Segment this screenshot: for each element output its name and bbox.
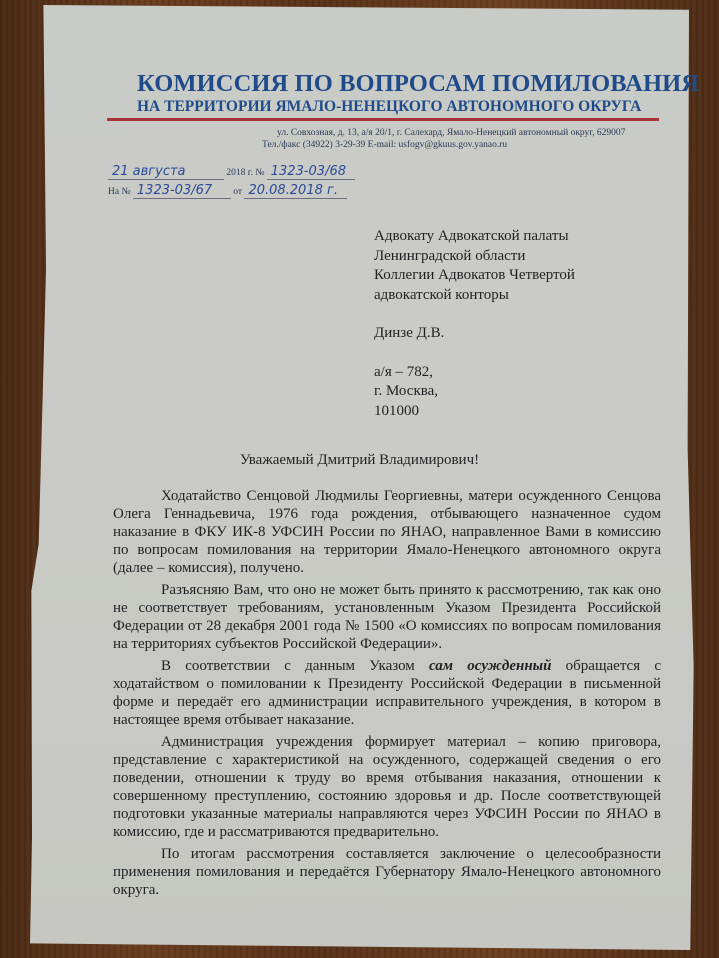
recipient-name: Динзе Д.В. — [374, 324, 575, 344]
recipient-line: Адвокату Адвокатской палаты — [374, 227, 575, 247]
recipient-block: Адвокату Адвокатской палаты Ленинградско… — [374, 227, 575, 421]
number-label: г. № — [248, 168, 265, 178]
paragraph-3: В соответствии с данным Указом сам осужд… — [113, 657, 661, 729]
reference-registration: На № 1323-03/67 от 20.08.2018 г. — [108, 183, 347, 199]
recipient-address-line: г. Москва, — [374, 382, 575, 402]
letterhead-address: ул. Совхозная, д. 13, а/я 20/1, г. Салех… — [277, 128, 625, 138]
letter: КОМИССИЯ ПО ВОПРОСАМ ПОМИЛОВАНИЯ НА ТЕРР… — [0, 0, 719, 958]
letterhead-subtitle: НА ТЕРРИТОРИИ ЯМАЛО-НЕНЕЦКОГО АВТОНОМНОГ… — [137, 98, 641, 116]
recipient-line: Ленинградской области — [374, 247, 575, 267]
letterhead-rule — [107, 118, 659, 121]
outgoing-registration: 21 августа 2018 г. № 1323-03/68 — [108, 164, 355, 180]
paragraph-4: Администрация учреждения формирует матер… — [113, 733, 661, 841]
recipient-line: Коллегии Адвокатов Четвертой — [374, 266, 575, 286]
paragraph-5: По итогам рассмотрения составляется закл… — [113, 845, 661, 899]
emphasis-text: сам осужденный — [429, 658, 551, 674]
recipient-address-line: 101000 — [374, 402, 575, 422]
ref-prefix: На № — [108, 187, 131, 197]
paragraph-1: Ходатайство Сенцовой Людмилы Георгиевны,… — [113, 487, 661, 577]
letter-body: Ходатайство Сенцовой Людмилы Георгиевны,… — [113, 487, 661, 899]
recipient-line: адвокатской конторы — [374, 286, 575, 306]
recipient-address-line: а/я – 782, — [374, 363, 575, 383]
paragraph-2: Разъясняю Вам, что оно не может быть при… — [113, 581, 661, 653]
letterhead-contact: Тел./факс (34922) 3-29-39 E-mail: usfogv… — [262, 140, 507, 150]
greeting: Уважаемый Дмитрий Владимирович! — [0, 452, 719, 469]
handwritten-ref-date: 20.08.2018 г. — [244, 183, 347, 199]
handwritten-ref-number: 1323-03/67 — [133, 183, 231, 199]
handwritten-outgoing-number: 1323-03/68 — [267, 164, 355, 180]
ref-from-label: от — [233, 187, 242, 197]
handwritten-date: 21 августа — [108, 164, 224, 180]
letterhead-title: КОМИССИЯ ПО ВОПРОСАМ ПОМИЛОВАНИЯ — [137, 70, 699, 98]
year-printed: 2018 — [226, 168, 245, 178]
